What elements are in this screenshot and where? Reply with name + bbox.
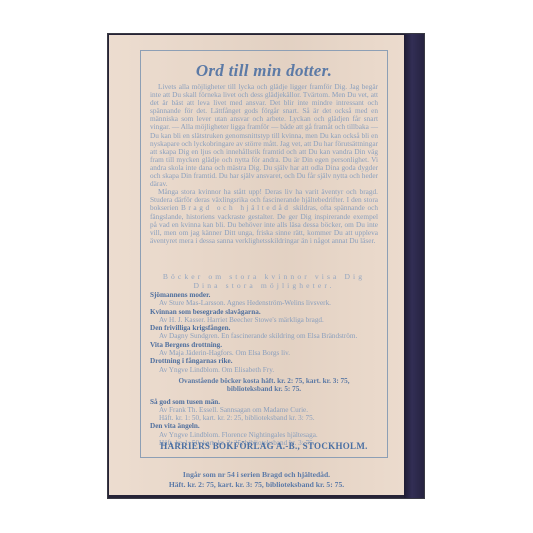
book-entry: Drottning i fångarnas rike.Av Yngve Lind… <box>150 357 378 374</box>
book-entry: Vita Bergens drottning.Av Maja Jäderin-H… <box>150 341 378 358</box>
series-info: Ingår som nr 54 i serien Bragd och hjält… <box>109 470 404 489</box>
letter-paragraph: Livets alla möjligheter till lycka och g… <box>150 83 378 188</box>
book-entry: Den frivilliga krigsfången.Av Dagny Sund… <box>150 324 378 341</box>
book-entry: Så god som tusen män.Av Frank Th. Essell… <box>150 398 378 423</box>
letter-paragraph: Många stora kvinnor ha stått upp! Deras … <box>150 188 378 245</box>
cover-paper: Ord till min dotter. Livets alla möjligh… <box>109 35 404 495</box>
book-entry: Kvinnan som besegrade slavägarna.Av H. J… <box>150 308 378 325</box>
book-spine <box>404 34 424 498</box>
cover-title: Ord till min dotter. <box>141 61 387 81</box>
books-subheading: Böcker om stora kvinnor visa Dig Dina st… <box>150 272 378 290</box>
book-back-cover: Ord till min dotter. Livets alla möjligh… <box>108 34 424 498</box>
text-frame: Ord till min dotter. Livets alla möjligh… <box>140 50 388 458</box>
book-list: Sjömannens moder.Av Sture Mas-Larsson. A… <box>150 291 378 447</box>
book-entry: Sjömannens moder.Av Sture Mas-Larsson. A… <box>150 291 378 308</box>
publisher-name: HARRIERS BOKFÖRLAG A.-B., STOCKHOLM. <box>141 441 387 451</box>
group-price: Ovanstående böcker kosta häft. kr. 2: 75… <box>150 377 378 394</box>
letter-text: Livets alla möjligheter till lycka och g… <box>150 83 378 245</box>
